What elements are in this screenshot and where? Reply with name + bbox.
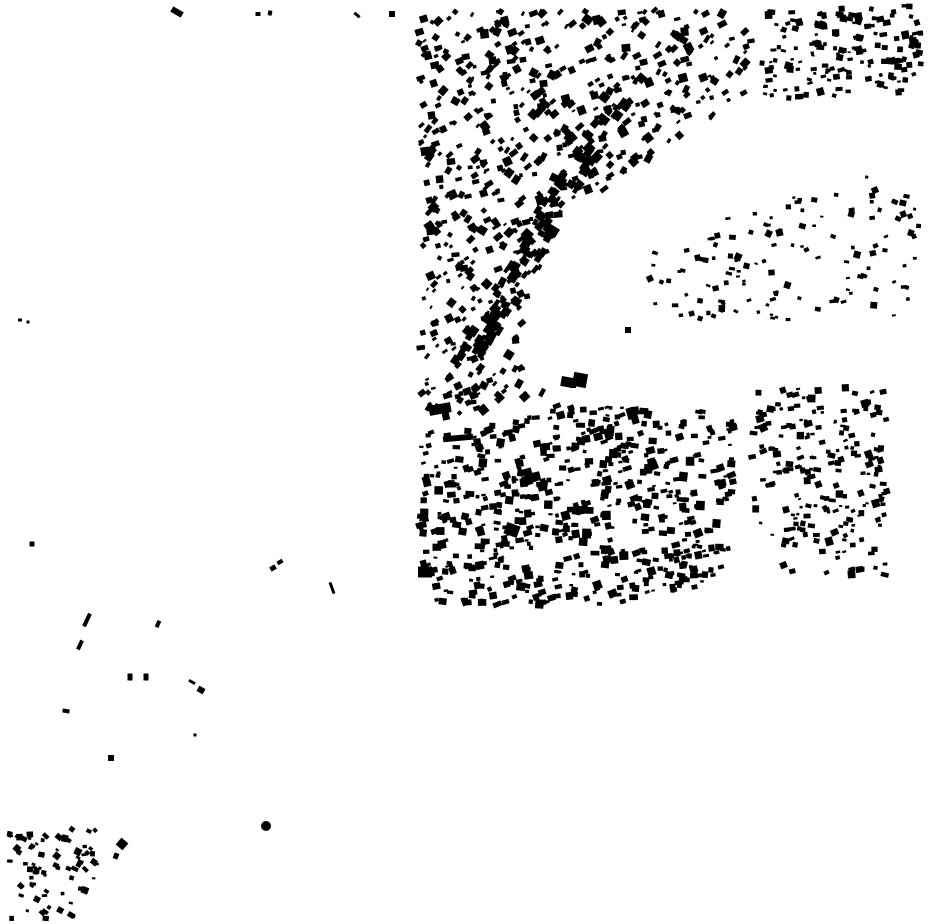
building: [854, 441, 860, 447]
building: [677, 584, 682, 588]
building: [478, 458, 487, 467]
building: [723, 475, 727, 478]
building: [489, 423, 495, 429]
building: [436, 175, 444, 183]
building: [800, 245, 804, 247]
building: [736, 275, 740, 277]
building: [61, 892, 65, 896]
building: [652, 128, 657, 133]
building: [686, 457, 695, 466]
building: [836, 449, 840, 453]
building: [883, 562, 888, 565]
building: [518, 367, 525, 371]
building: [453, 554, 459, 559]
building: [632, 585, 640, 593]
building: [811, 67, 817, 71]
building: [453, 445, 461, 449]
building: [512, 425, 520, 433]
building: [654, 471, 661, 476]
building: [643, 577, 650, 582]
building: [666, 494, 672, 498]
building: [518, 579, 522, 583]
building: [601, 561, 610, 568]
building: [860, 471, 865, 475]
building: [437, 512, 441, 515]
building: [600, 461, 604, 464]
building: [662, 583, 666, 586]
building: [458, 527, 467, 536]
building: [639, 547, 646, 553]
building: [468, 165, 473, 169]
building: [553, 445, 561, 452]
building: [621, 450, 626, 454]
building: [521, 564, 530, 573]
building: [453, 498, 460, 504]
building: [914, 42, 917, 45]
building: [767, 9, 775, 15]
building: [618, 461, 623, 464]
building: [455, 456, 464, 463]
building: [838, 5, 845, 12]
building: [918, 61, 924, 66]
building: [869, 192, 876, 199]
building: [703, 257, 709, 263]
building: [629, 594, 638, 600]
building: [847, 570, 855, 579]
building: [848, 51, 851, 53]
building: [910, 35, 913, 38]
building: [666, 278, 671, 283]
building: [867, 473, 871, 476]
building: [615, 432, 623, 440]
building: [524, 509, 532, 517]
building: [913, 257, 917, 260]
building: [575, 531, 579, 534]
building: [515, 460, 524, 468]
building: [704, 527, 711, 533]
building: [702, 571, 709, 578]
building: [553, 425, 559, 431]
building: [566, 479, 570, 481]
building: [760, 478, 766, 482]
building: [509, 546, 514, 549]
building: [18, 319, 22, 322]
building: [906, 62, 912, 68]
building: [553, 593, 561, 598]
building: [871, 432, 876, 437]
building: [880, 502, 885, 506]
building: [643, 410, 652, 419]
building: [544, 500, 553, 509]
building: [555, 520, 563, 526]
building: [632, 518, 637, 523]
building: [882, 45, 888, 50]
building: [797, 432, 804, 439]
building: [479, 583, 484, 589]
building: [27, 321, 30, 324]
building: [438, 598, 447, 606]
building: [681, 555, 686, 560]
building: [498, 446, 502, 448]
building: [815, 425, 822, 430]
building: [539, 80, 548, 88]
building: [447, 491, 456, 498]
building: [871, 547, 877, 552]
building: [888, 72, 894, 78]
building: [512, 337, 520, 344]
building: [784, 527, 790, 532]
building: [23, 862, 28, 866]
building: [759, 60, 764, 66]
building: [682, 419, 686, 422]
building: [788, 10, 795, 14]
building: [812, 198, 816, 201]
building: [678, 313, 683, 317]
building: [558, 530, 562, 533]
building: [489, 503, 497, 510]
building: [92, 877, 96, 879]
building: [495, 459, 501, 463]
building: [673, 549, 680, 556]
building: [520, 494, 526, 499]
building: [788, 406, 795, 412]
building: [808, 523, 816, 528]
building: [850, 542, 856, 547]
building: [514, 517, 523, 524]
building: [494, 562, 500, 569]
building: [815, 306, 821, 311]
building: [424, 474, 429, 477]
building: [517, 469, 525, 477]
building: [727, 460, 735, 467]
building: [42, 916, 49, 922]
building: [796, 94, 804, 100]
building: [571, 529, 580, 538]
building: [796, 67, 801, 71]
building: [555, 565, 561, 569]
building: [578, 562, 583, 567]
building: [603, 469, 608, 472]
building: [640, 513, 649, 521]
building: [677, 270, 681, 273]
building: [812, 224, 816, 227]
building: [608, 462, 613, 466]
building: [890, 13, 895, 17]
building: [644, 453, 648, 458]
building: [792, 542, 798, 548]
building: [485, 449, 490, 454]
building: [865, 399, 872, 405]
building: [894, 36, 900, 41]
building: [728, 489, 736, 495]
building: [670, 587, 675, 592]
building: [759, 521, 763, 524]
building: [602, 493, 608, 499]
building: [651, 492, 658, 499]
building: [698, 474, 706, 479]
building: [478, 599, 487, 606]
building: [902, 4, 907, 7]
building: [672, 303, 678, 307]
building: [836, 490, 844, 497]
building: [513, 104, 518, 110]
building: [664, 553, 673, 559]
building: [835, 87, 842, 91]
building: [447, 590, 454, 594]
building: [763, 85, 766, 88]
building: [679, 503, 687, 511]
building: [773, 451, 782, 458]
building: [7, 859, 13, 862]
building: [803, 92, 809, 98]
building: [874, 466, 882, 472]
building: [821, 14, 827, 20]
building: [881, 59, 888, 64]
building: [574, 467, 581, 471]
building: [906, 297, 910, 301]
building: [548, 513, 552, 515]
building: [665, 462, 670, 465]
building: [880, 482, 887, 486]
building: [648, 437, 656, 444]
building: [524, 539, 528, 542]
building: [765, 78, 773, 83]
building: [621, 44, 630, 52]
building: [489, 592, 497, 600]
building: [809, 42, 813, 46]
building: [572, 592, 578, 598]
building: [546, 454, 554, 458]
building: [472, 65, 476, 69]
building: [716, 498, 720, 502]
building: [563, 525, 570, 532]
building: [781, 425, 787, 429]
building: [476, 577, 481, 581]
building: [550, 409, 556, 414]
building: [816, 405, 824, 410]
building: [566, 446, 571, 451]
building: [666, 431, 672, 436]
building: [610, 526, 615, 529]
building: [420, 497, 426, 503]
building: [653, 557, 660, 562]
building: [774, 292, 778, 296]
building: [464, 564, 469, 570]
building: [418, 567, 432, 578]
building: [475, 543, 483, 549]
building: [759, 444, 764, 449]
building: [667, 527, 676, 534]
building: [524, 571, 534, 580]
building: [590, 551, 599, 556]
building: [519, 57, 526, 63]
building: [623, 170, 627, 174]
building: [494, 527, 499, 530]
building: [712, 519, 721, 528]
building: [787, 467, 794, 471]
building: [825, 71, 829, 73]
building: [779, 434, 784, 438]
building: [586, 574, 590, 578]
building: [26, 831, 33, 837]
building: [799, 506, 802, 509]
building: [842, 384, 849, 392]
building: [480, 549, 484, 552]
building: [640, 469, 647, 476]
building: [525, 590, 529, 594]
building: [793, 522, 798, 527]
building: [804, 477, 811, 484]
building: [585, 507, 593, 514]
building: [647, 81, 652, 85]
building: [571, 442, 579, 449]
building: [82, 845, 86, 848]
building: [875, 409, 882, 415]
building: [524, 494, 531, 500]
building: [726, 546, 731, 551]
building: [469, 592, 476, 599]
building: [859, 537, 864, 542]
building: [419, 446, 423, 448]
building: [696, 540, 700, 543]
building: [617, 585, 624, 591]
building: [555, 483, 559, 486]
building: [475, 509, 482, 516]
building: [661, 547, 668, 553]
building: [488, 56, 496, 64]
building: [625, 441, 631, 446]
building: [627, 479, 631, 484]
building: [834, 193, 839, 197]
building: [718, 479, 726, 488]
building: [690, 489, 697, 496]
building: [839, 505, 842, 507]
building: [559, 465, 566, 471]
building: [799, 419, 803, 422]
building: [90, 851, 95, 857]
building: [490, 575, 494, 578]
building: [873, 32, 877, 36]
building: [810, 433, 815, 436]
building: [845, 90, 850, 94]
building: [268, 10, 273, 16]
building: [471, 443, 476, 447]
building: [815, 33, 818, 36]
building: [768, 269, 775, 275]
building: [851, 246, 855, 250]
building: [128, 674, 133, 681]
building: [848, 517, 853, 522]
building: [560, 376, 574, 388]
building: [755, 390, 761, 396]
building: [800, 527, 806, 532]
building: [846, 75, 852, 79]
building: [850, 529, 854, 533]
building: [446, 279, 451, 284]
building: [32, 866, 36, 869]
building: [867, 266, 871, 270]
building: [726, 422, 734, 427]
building-footprint-map: [0, 0, 930, 924]
building: [423, 550, 430, 554]
building: [892, 314, 896, 316]
building: [446, 158, 455, 166]
building: [769, 407, 776, 411]
building: [610, 556, 618, 564]
building: [601, 482, 605, 486]
building: [673, 477, 681, 482]
building: [657, 448, 664, 454]
building: [490, 434, 497, 439]
building: [648, 527, 654, 532]
building: [898, 88, 904, 92]
building: [637, 479, 642, 484]
building: [593, 479, 601, 485]
building: [840, 425, 844, 428]
building: [528, 599, 533, 604]
building: [694, 551, 703, 560]
building: [895, 58, 903, 63]
building: [710, 236, 715, 240]
building: [833, 46, 837, 50]
building: [634, 571, 639, 574]
building: [476, 495, 480, 499]
building: [796, 513, 799, 516]
building: [439, 185, 444, 190]
building: [420, 146, 429, 156]
building: [600, 545, 608, 550]
building: [572, 573, 576, 576]
building: [108, 755, 114, 761]
building: [802, 396, 806, 399]
building: [516, 582, 526, 591]
building: [882, 248, 888, 252]
building: [524, 418, 530, 424]
building: [616, 592, 622, 596]
building: [851, 524, 855, 527]
building: [843, 521, 848, 526]
building: [860, 60, 864, 64]
building: [700, 580, 704, 583]
building: [870, 302, 878, 309]
building: [742, 282, 746, 285]
building: [834, 420, 837, 423]
building: [543, 443, 551, 450]
building: [651, 264, 655, 267]
building: [800, 208, 804, 212]
building: [658, 566, 664, 571]
building: [724, 280, 729, 285]
building: [451, 474, 457, 480]
building: [597, 471, 603, 477]
building: [777, 45, 781, 49]
building: [729, 457, 734, 460]
building: [540, 450, 546, 456]
building: [843, 494, 847, 498]
building: [653, 421, 660, 428]
building: [814, 387, 822, 394]
building: [519, 173, 523, 177]
building: [505, 496, 514, 505]
building: [517, 467, 522, 470]
building: [682, 538, 687, 542]
building: [870, 200, 874, 204]
building: [751, 496, 757, 502]
building: [556, 144, 563, 151]
building: [571, 523, 575, 527]
building: [538, 483, 547, 490]
building: [875, 42, 881, 48]
